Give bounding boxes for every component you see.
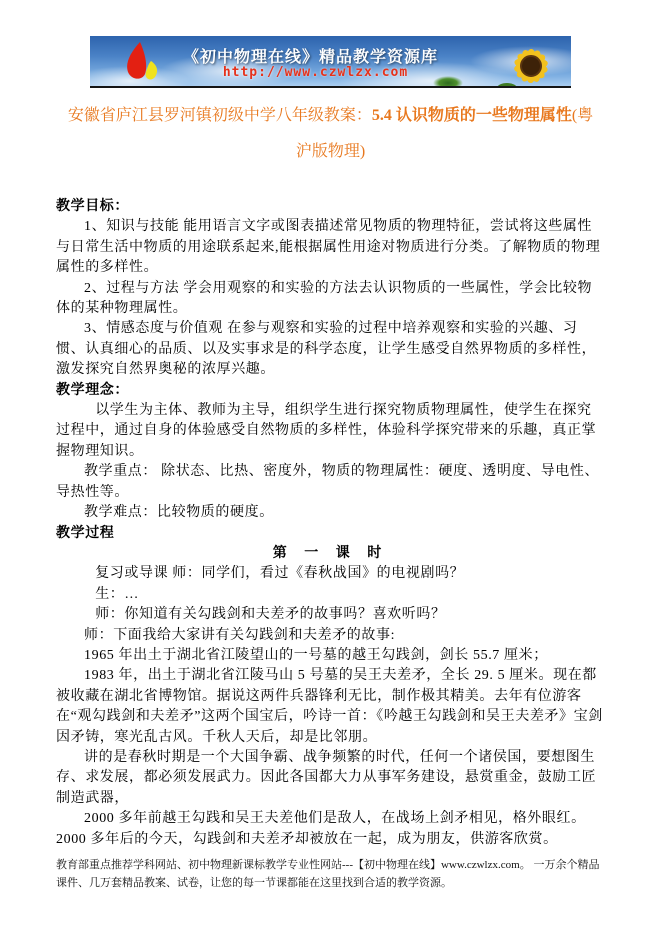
- site-banner[interactable]: 《初中物理在线》精品教学资源库 http://www.czwlzx.com: [90, 36, 571, 88]
- document-page: { "banner": { "site_title": "《初中物理在线》精品教…: [0, 0, 661, 936]
- title-prefix: 安徽省庐江县罗河镇初级中学八年级教案：: [68, 107, 372, 124]
- paragraph-key-points: 教学重点： 除状态、比热、密度外，物质的物理属性：硬度、透明度、导电性、导热性等…: [56, 462, 605, 503]
- title-main: 5.4 认识物质的一些物理属性: [372, 107, 572, 124]
- grass-decoration: [433, 76, 463, 88]
- paragraph-story-background: 讲的是春秋时期是一个大国争霸、战争频繁的时代，任何一个诸侯国，要想图生存、求发展…: [56, 748, 605, 809]
- paragraph-philosophy: 以学生为主体、教师为主导，组织学生进行探究物质物理属性，使学生在探究过程中，通过…: [56, 401, 605, 462]
- document-title-line2: 沪版物理): [56, 134, 605, 170]
- document-body: 教学目标： 1、知识与技能 能用语言文字或图表描述常见物质的物理特征，尝试将这些…: [56, 197, 605, 850]
- document-title: 安徽省庐江县罗河镇初级中学八年级教案：5.4 认识物质的一些物理属性(粤 沪版物…: [56, 98, 605, 170]
- paragraph-story-1965: 1965 年出土于湖北省江陵望山的一号墓的越王勾践剑，剑长 55.7 厘米；: [56, 646, 605, 666]
- sunflower-icon: [495, 36, 565, 88]
- paragraph-goal-process: 2、过程与方法 学会用观察的和实验的方法去认识物质的一些属性，学会比较物体的某种…: [56, 279, 605, 320]
- heading-lesson-one: 第 一 课 时: [56, 544, 605, 564]
- paragraph-goal-attitude: 3、情感态度与价值观 在参与观察和实验的过程中培养观察和实验的兴趣、习惯、认真细…: [56, 319, 605, 380]
- heading-teaching-goals: 教学目标：: [56, 197, 605, 217]
- heading-teaching-philosophy: 教学理念：: [56, 381, 605, 401]
- title-tail: (粤: [572, 107, 593, 124]
- paragraph-dialog-student: 生：…: [56, 585, 605, 605]
- document-title-line1: 安徽省庐江县罗河镇初级中学八年级教案：5.4 认识物质的一些物理属性(粤: [56, 98, 605, 134]
- heading-teaching-process: 教学过程: [56, 524, 605, 544]
- paragraph-dialog-teacher-tell: 师：下面我给大家讲有关勾践剑和夫差矛的故事:: [56, 626, 605, 646]
- paragraph-dialog-teacher-ask: 师：你知道有关勾践剑和夫差矛的故事吗？喜欢听吗？: [56, 605, 605, 625]
- paragraph-story-conclusion: 2000 多年前越王勾践和吴王夫差他们是敌人，在战场上剑矛相见，格外眼红。200…: [56, 809, 605, 850]
- document-footer: 教育部重点推荐学科网站、初中物理新课标教学专业性网站---【初中物理在线】www…: [56, 856, 605, 892]
- banner-site-title: 《初中物理在线》精品教学资源库: [90, 44, 531, 67]
- paragraph-dialog-intro: 复习或导课 师：同学们，看过《春秋战国》的电视剧吗？: [56, 564, 605, 584]
- paragraph-story-1983: 1983 年，出土于湖北省江陵马山 5 号墓的吴王夫差矛，全长 29. 5 厘米…: [56, 666, 605, 748]
- paragraph-goal-knowledge: 1、知识与技能 能用语言文字或图表描述常见物质的物理特征，尝试将这些属性与日常生…: [56, 217, 605, 278]
- paragraph-difficult-points: 教学难点：比较物质的硬度。: [56, 503, 605, 523]
